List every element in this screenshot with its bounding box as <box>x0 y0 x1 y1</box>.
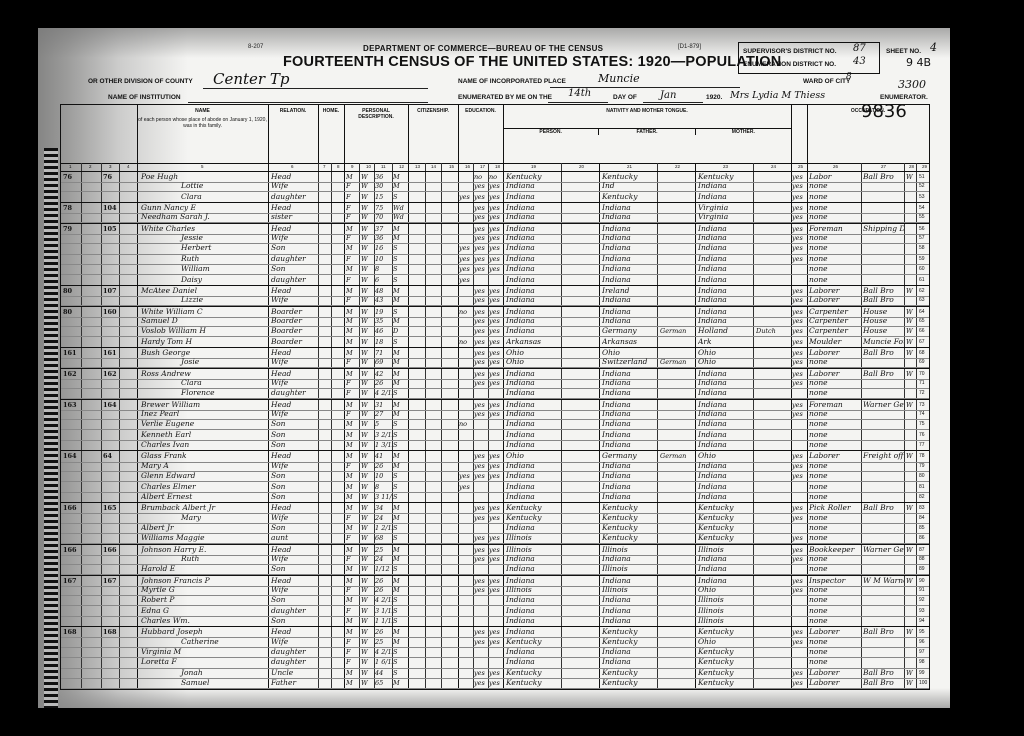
place-of-birth: Arkansas <box>506 337 562 347</box>
can-read: yes <box>474 668 488 678</box>
father-mother-tongue <box>660 264 696 274</box>
person-name: Verlie Eugene <box>141 419 267 429</box>
line-number: 56 <box>919 226 925 232</box>
sex: F <box>346 533 359 543</box>
county-value: Center Tp <box>213 70 289 88</box>
occupation: none <box>809 461 861 471</box>
line-number: 97 <box>919 649 925 655</box>
dwelling-number <box>63 264 101 274</box>
father-place-of-birth: Indiana <box>602 647 658 657</box>
place-of-birth: Kentucky <box>506 668 562 678</box>
marital-status: M <box>393 554 407 564</box>
father-mother-tongue <box>660 275 696 285</box>
industry <box>863 606 904 616</box>
place-of-birth: Indiana <box>506 326 562 336</box>
mother-place-of-birth: Indiana <box>698 388 754 398</box>
column-number: 26 <box>833 164 838 169</box>
mother-mother-tongue <box>756 275 792 285</box>
employer-class <box>906 471 916 481</box>
mother-mother-tongue <box>756 523 792 533</box>
family-number <box>103 657 137 667</box>
mother-mother-tongue <box>756 513 792 523</box>
column-number: 15 <box>449 164 454 169</box>
column-number: 4 <box>127 164 130 169</box>
can-write: yes <box>489 243 503 253</box>
employer-class <box>906 595 916 605</box>
industry <box>863 181 904 191</box>
occupation: none <box>809 212 861 222</box>
employer-class <box>906 606 916 616</box>
day-of-label: DAY OF <box>613 94 637 101</box>
enumerator-label: ENUMERATOR. <box>880 94 928 101</box>
sex: F <box>346 409 359 419</box>
father-place-of-birth: Indiana <box>602 378 658 388</box>
employer-class <box>906 564 916 574</box>
sex: F <box>346 254 359 264</box>
mother-place-of-birth: Illinois <box>698 606 754 616</box>
dwelling-number <box>63 513 101 523</box>
mother-place-of-birth: Kentucky <box>698 647 754 657</box>
dwelling-number <box>63 233 101 243</box>
age: 18 <box>375 337 392 347</box>
attended-school: no <box>459 419 473 429</box>
industry <box>863 585 904 595</box>
race: W <box>361 233 374 243</box>
place-of-birth: Indiana <box>506 264 562 274</box>
industry <box>863 254 904 264</box>
marital-status: S <box>393 533 407 543</box>
employer-class <box>906 585 916 595</box>
can-write: yes <box>489 192 503 202</box>
relation: daughter <box>271 192 317 202</box>
dwelling-number <box>63 275 101 285</box>
place-of-birth: Illinois <box>506 533 562 543</box>
mother-mother-tongue <box>756 564 792 574</box>
marital-status: S <box>393 482 407 492</box>
relation: Uncle <box>271 668 317 678</box>
attended-school <box>459 678 473 688</box>
father-mother-tongue <box>660 564 696 574</box>
relation: Son <box>271 264 317 274</box>
mother-mother-tongue <box>756 492 792 502</box>
dwelling-number <box>63 388 101 398</box>
father-mother-tongue <box>660 243 696 253</box>
relation: Son <box>271 430 317 440</box>
employer-class <box>906 243 916 253</box>
can-write <box>489 647 503 657</box>
sex: M <box>346 316 359 326</box>
line-number: 100 <box>919 680 927 686</box>
column-number: 27 <box>881 164 886 169</box>
employer-class <box>906 440 916 450</box>
place-of-birth: Indiana <box>506 657 562 667</box>
age: 8 <box>375 482 392 492</box>
employer-class: W <box>906 337 916 347</box>
can-write: yes <box>489 357 503 367</box>
can-read: yes <box>474 533 488 543</box>
line-number: 54 <box>919 205 925 211</box>
relation: Son <box>271 482 317 492</box>
line-number: 58 <box>919 245 925 251</box>
place-of-birth: Indiana <box>506 388 562 398</box>
can-read <box>474 606 488 616</box>
enumerator-name: Mrs Lydia M Thiess <box>730 90 825 101</box>
age: 4 2/12 <box>375 647 392 657</box>
mother-place-of-birth: Indiana <box>698 482 754 492</box>
age: 26 <box>375 378 392 388</box>
mother-place-of-birth: Indiana <box>698 316 754 326</box>
relation: Wife <box>271 378 317 388</box>
employer-class <box>906 533 916 543</box>
can-write <box>489 275 503 285</box>
speaks-english: yes <box>792 378 806 388</box>
speaks-english: yes <box>792 243 806 253</box>
sex: M <box>346 337 359 347</box>
industry <box>863 212 904 222</box>
can-read <box>474 430 488 440</box>
line-number: 64 <box>919 309 925 315</box>
attended-school <box>459 533 473 543</box>
can-write: yes <box>489 409 503 419</box>
column-number: 29 <box>922 164 927 169</box>
occupation: none <box>809 254 861 264</box>
family-number <box>103 440 137 450</box>
can-read: yes <box>474 264 488 274</box>
column-number: 5 <box>201 164 204 169</box>
col-english <box>791 105 808 163</box>
attended-school <box>459 378 473 388</box>
speaks-english <box>792 430 806 440</box>
age: 3 1/12 <box>375 606 392 616</box>
occupation: none <box>809 606 861 616</box>
line-number: 67 <box>919 339 925 345</box>
place-of-birth: Illinois <box>506 585 562 595</box>
speaks-english: yes <box>792 513 806 523</box>
marital-status: M <box>393 357 407 367</box>
father-mother-tongue <box>660 192 696 202</box>
place-of-birth: Indiana <box>506 492 562 502</box>
relation: Son <box>271 564 317 574</box>
industry <box>863 357 904 367</box>
relation: daughter <box>271 388 317 398</box>
relation: daughter <box>271 254 317 264</box>
can-read <box>474 616 488 626</box>
marital-status: M <box>393 316 407 326</box>
line-number: 96 <box>919 639 925 645</box>
can-write <box>489 523 503 533</box>
occupation: none <box>809 419 861 429</box>
stamp-3300: 3300 <box>898 78 926 91</box>
occupation: Carpenter <box>809 316 861 326</box>
family-number <box>103 513 137 523</box>
binding-holes <box>44 148 58 708</box>
father-mother-tongue <box>660 316 696 326</box>
person-name: Inez Pearl <box>141 409 267 419</box>
line-number: 80 <box>919 473 925 479</box>
industry <box>863 637 904 647</box>
employer-class <box>906 461 916 471</box>
mother-place-of-birth: Ohio <box>698 357 754 367</box>
mother-mother-tongue <box>756 482 792 492</box>
marital-status: M <box>393 378 407 388</box>
sex: F <box>346 192 359 202</box>
relation: daughter <box>271 647 317 657</box>
can-read <box>474 595 488 605</box>
attended-school: yes <box>459 482 473 492</box>
place-of-birth: Indiana <box>506 471 562 481</box>
occupation: none <box>809 378 861 388</box>
supervisor-district-value: 87 <box>853 43 866 54</box>
can-read: yes <box>474 678 488 688</box>
family-number <box>103 678 137 688</box>
mother-place-of-birth: Indiana <box>698 564 754 574</box>
speaks-english <box>792 492 806 502</box>
race: W <box>361 316 374 326</box>
place-of-birth: Indiana <box>506 316 562 326</box>
column-number: 9 <box>351 164 354 169</box>
age: 27 <box>375 409 392 419</box>
mother-mother-tongue <box>756 678 792 688</box>
marital-status: S <box>393 419 407 429</box>
attended-school <box>459 233 473 243</box>
sex: M <box>346 471 359 481</box>
place-of-birth: Indiana <box>506 233 562 243</box>
can-write: yes <box>489 254 503 264</box>
age: 26 <box>375 461 392 471</box>
relation: Son <box>271 616 317 626</box>
occupation: Laborer <box>809 678 861 688</box>
family-number <box>103 523 137 533</box>
mother-place-of-birth: Indiana <box>698 430 754 440</box>
father-place-of-birth: Kentucky <box>602 668 658 678</box>
mother-mother-tongue <box>756 637 792 647</box>
attended-school <box>459 668 473 678</box>
family-number <box>103 471 137 481</box>
place-of-birth: Kentucky <box>506 637 562 647</box>
employer-class <box>906 275 916 285</box>
can-write <box>489 606 503 616</box>
place-of-birth: Indiana <box>506 554 562 564</box>
speaks-english <box>792 564 806 574</box>
family-number <box>103 419 137 429</box>
relation: Wife <box>271 295 317 305</box>
can-read: yes <box>474 337 488 347</box>
can-read: yes <box>474 378 488 388</box>
mother-mother-tongue <box>756 378 792 388</box>
speaks-english: yes <box>792 337 806 347</box>
person-name: Charles Wm. <box>141 616 267 626</box>
relation: Wife <box>271 513 317 523</box>
marital-status: M <box>393 409 407 419</box>
father-mother-tongue <box>660 647 696 657</box>
form-code-right: [D1-879] <box>678 44 701 50</box>
speaks-english <box>792 482 806 492</box>
dwelling-number <box>63 326 101 336</box>
institution-label: NAME OF INSTITUTION <box>108 94 181 101</box>
employer-class <box>906 388 916 398</box>
can-read: yes <box>474 316 488 326</box>
dwelling-number <box>63 554 101 564</box>
father-place-of-birth: Indiana <box>602 471 658 481</box>
line-number: 55 <box>919 214 925 220</box>
can-write: yes <box>489 678 503 688</box>
family-number <box>103 533 137 543</box>
dwelling-number <box>63 492 101 502</box>
industry <box>863 647 904 657</box>
father-mother-tongue <box>660 233 696 243</box>
father-place-of-birth: Indiana <box>602 419 658 429</box>
place-of-birth: Indiana <box>506 192 562 202</box>
race: W <box>361 554 374 564</box>
enumeration-district-label: ENUMERATION DISTRICT NO. <box>743 61 836 68</box>
can-write: yes <box>489 337 503 347</box>
can-read: yes <box>474 326 488 336</box>
can-read: yes <box>474 357 488 367</box>
race: W <box>361 513 374 523</box>
father-place-of-birth: Indiana <box>602 492 658 502</box>
dwelling-number <box>63 440 101 450</box>
father-place-of-birth: Indiana <box>602 316 658 326</box>
can-write <box>489 492 503 502</box>
employer-class: W <box>906 668 916 678</box>
age: 10 <box>375 254 392 264</box>
relation: sister <box>271 212 317 222</box>
attended-school <box>459 606 473 616</box>
dwelling-number <box>63 295 101 305</box>
family-number <box>103 554 137 564</box>
person-name: Hardy Tom H <box>141 337 267 347</box>
mother-mother-tongue <box>756 243 792 253</box>
line-number: 95 <box>919 629 925 635</box>
relation: daughter <box>271 657 317 667</box>
occupation: none <box>809 523 861 533</box>
industry <box>863 554 904 564</box>
employer-class <box>906 233 916 243</box>
place-of-birth: Indiana <box>506 616 562 626</box>
mother-mother-tongue <box>756 668 792 678</box>
dwelling-number <box>63 254 101 264</box>
family-number <box>103 326 137 336</box>
relation: Boarder <box>271 337 317 347</box>
race: W <box>361 275 374 285</box>
race: W <box>361 616 374 626</box>
speaks-english <box>792 606 806 616</box>
race: W <box>361 533 374 543</box>
occupation: none <box>809 637 861 647</box>
col-mother: MOTHER. <box>696 129 791 135</box>
relation: Boarder <box>271 316 317 326</box>
can-write <box>489 482 503 492</box>
industry: Ball Bro <box>863 678 904 688</box>
column-number: 6 <box>291 164 294 169</box>
family-number <box>103 606 137 616</box>
speaks-english: yes <box>792 233 806 243</box>
can-read: yes <box>474 637 488 647</box>
relation: Wife <box>271 585 317 595</box>
place-of-birth: Ohio <box>506 357 562 367</box>
age: 3 11/12 <box>375 492 392 502</box>
family-number <box>103 564 137 574</box>
mother-mother-tongue <box>756 212 792 222</box>
ward-value: 8 <box>846 72 852 82</box>
family-number <box>103 243 137 253</box>
can-read: yes <box>474 471 488 481</box>
place-of-birth: Indiana <box>506 595 562 605</box>
place-of-birth: Indiana <box>506 482 562 492</box>
mother-mother-tongue <box>756 585 792 595</box>
family-number <box>103 316 137 326</box>
marital-status: S <box>393 606 407 616</box>
speaks-english: yes <box>792 181 806 191</box>
industry <box>863 492 904 502</box>
sex: F <box>346 357 359 367</box>
place-of-birth: Indiana <box>506 564 562 574</box>
line-number: 73 <box>919 402 925 408</box>
family-number <box>103 181 137 191</box>
mother-mother-tongue <box>756 264 792 274</box>
column-number: 17 <box>480 164 485 169</box>
mother-place-of-birth: Holland <box>698 326 754 336</box>
mother-place-of-birth: Kentucky <box>698 513 754 523</box>
can-write: yes <box>489 585 503 595</box>
occupation: Laborer <box>809 668 861 678</box>
col-nativity: NATIVITY AND MOTHER TONGUE. PERSON. FATH… <box>503 105 792 163</box>
person-name: Voslob William H <box>141 326 267 336</box>
enumerated-day-line <box>548 102 608 103</box>
place-of-birth: Indiana <box>506 254 562 264</box>
column-number: 25 <box>798 164 803 169</box>
mother-mother-tongue <box>756 533 792 543</box>
marital-status: M <box>393 678 407 688</box>
father-mother-tongue <box>660 482 696 492</box>
marital-status: S <box>393 595 407 605</box>
occupation: none <box>809 564 861 574</box>
speaks-english: yes <box>792 316 806 326</box>
father-place-of-birth: Indiana <box>602 264 658 274</box>
can-write: yes <box>489 316 503 326</box>
employer-class <box>906 212 916 222</box>
attended-school: yes <box>459 243 473 253</box>
marital-status: S <box>393 564 407 574</box>
scan-bottom-shading <box>38 688 950 708</box>
attended-school: yes <box>459 275 473 285</box>
dwelling-number <box>63 316 101 326</box>
mother-mother-tongue <box>756 254 792 264</box>
person-name: Williams Maggie <box>141 533 267 543</box>
occupation: none <box>809 409 861 419</box>
can-read <box>474 492 488 502</box>
age: 69 <box>375 357 392 367</box>
speaks-english: yes <box>792 668 806 678</box>
employer-class: W <box>906 326 916 336</box>
person-name: Samuel D <box>141 316 267 326</box>
speaks-english: yes <box>792 533 806 543</box>
race: W <box>361 326 374 336</box>
race: W <box>361 440 374 450</box>
industry <box>863 275 904 285</box>
column-number: 21 <box>627 164 632 169</box>
dwelling-number <box>63 212 101 222</box>
marital-status: S <box>393 668 407 678</box>
line-number: 61 <box>919 277 925 283</box>
can-read <box>474 564 488 574</box>
age: 1 1/12 <box>375 616 392 626</box>
occupation: none <box>809 264 861 274</box>
occupation: none <box>809 616 861 626</box>
attended-school <box>459 564 473 574</box>
sex: M <box>346 668 359 678</box>
mother-place-of-birth: Indiana <box>698 181 754 191</box>
